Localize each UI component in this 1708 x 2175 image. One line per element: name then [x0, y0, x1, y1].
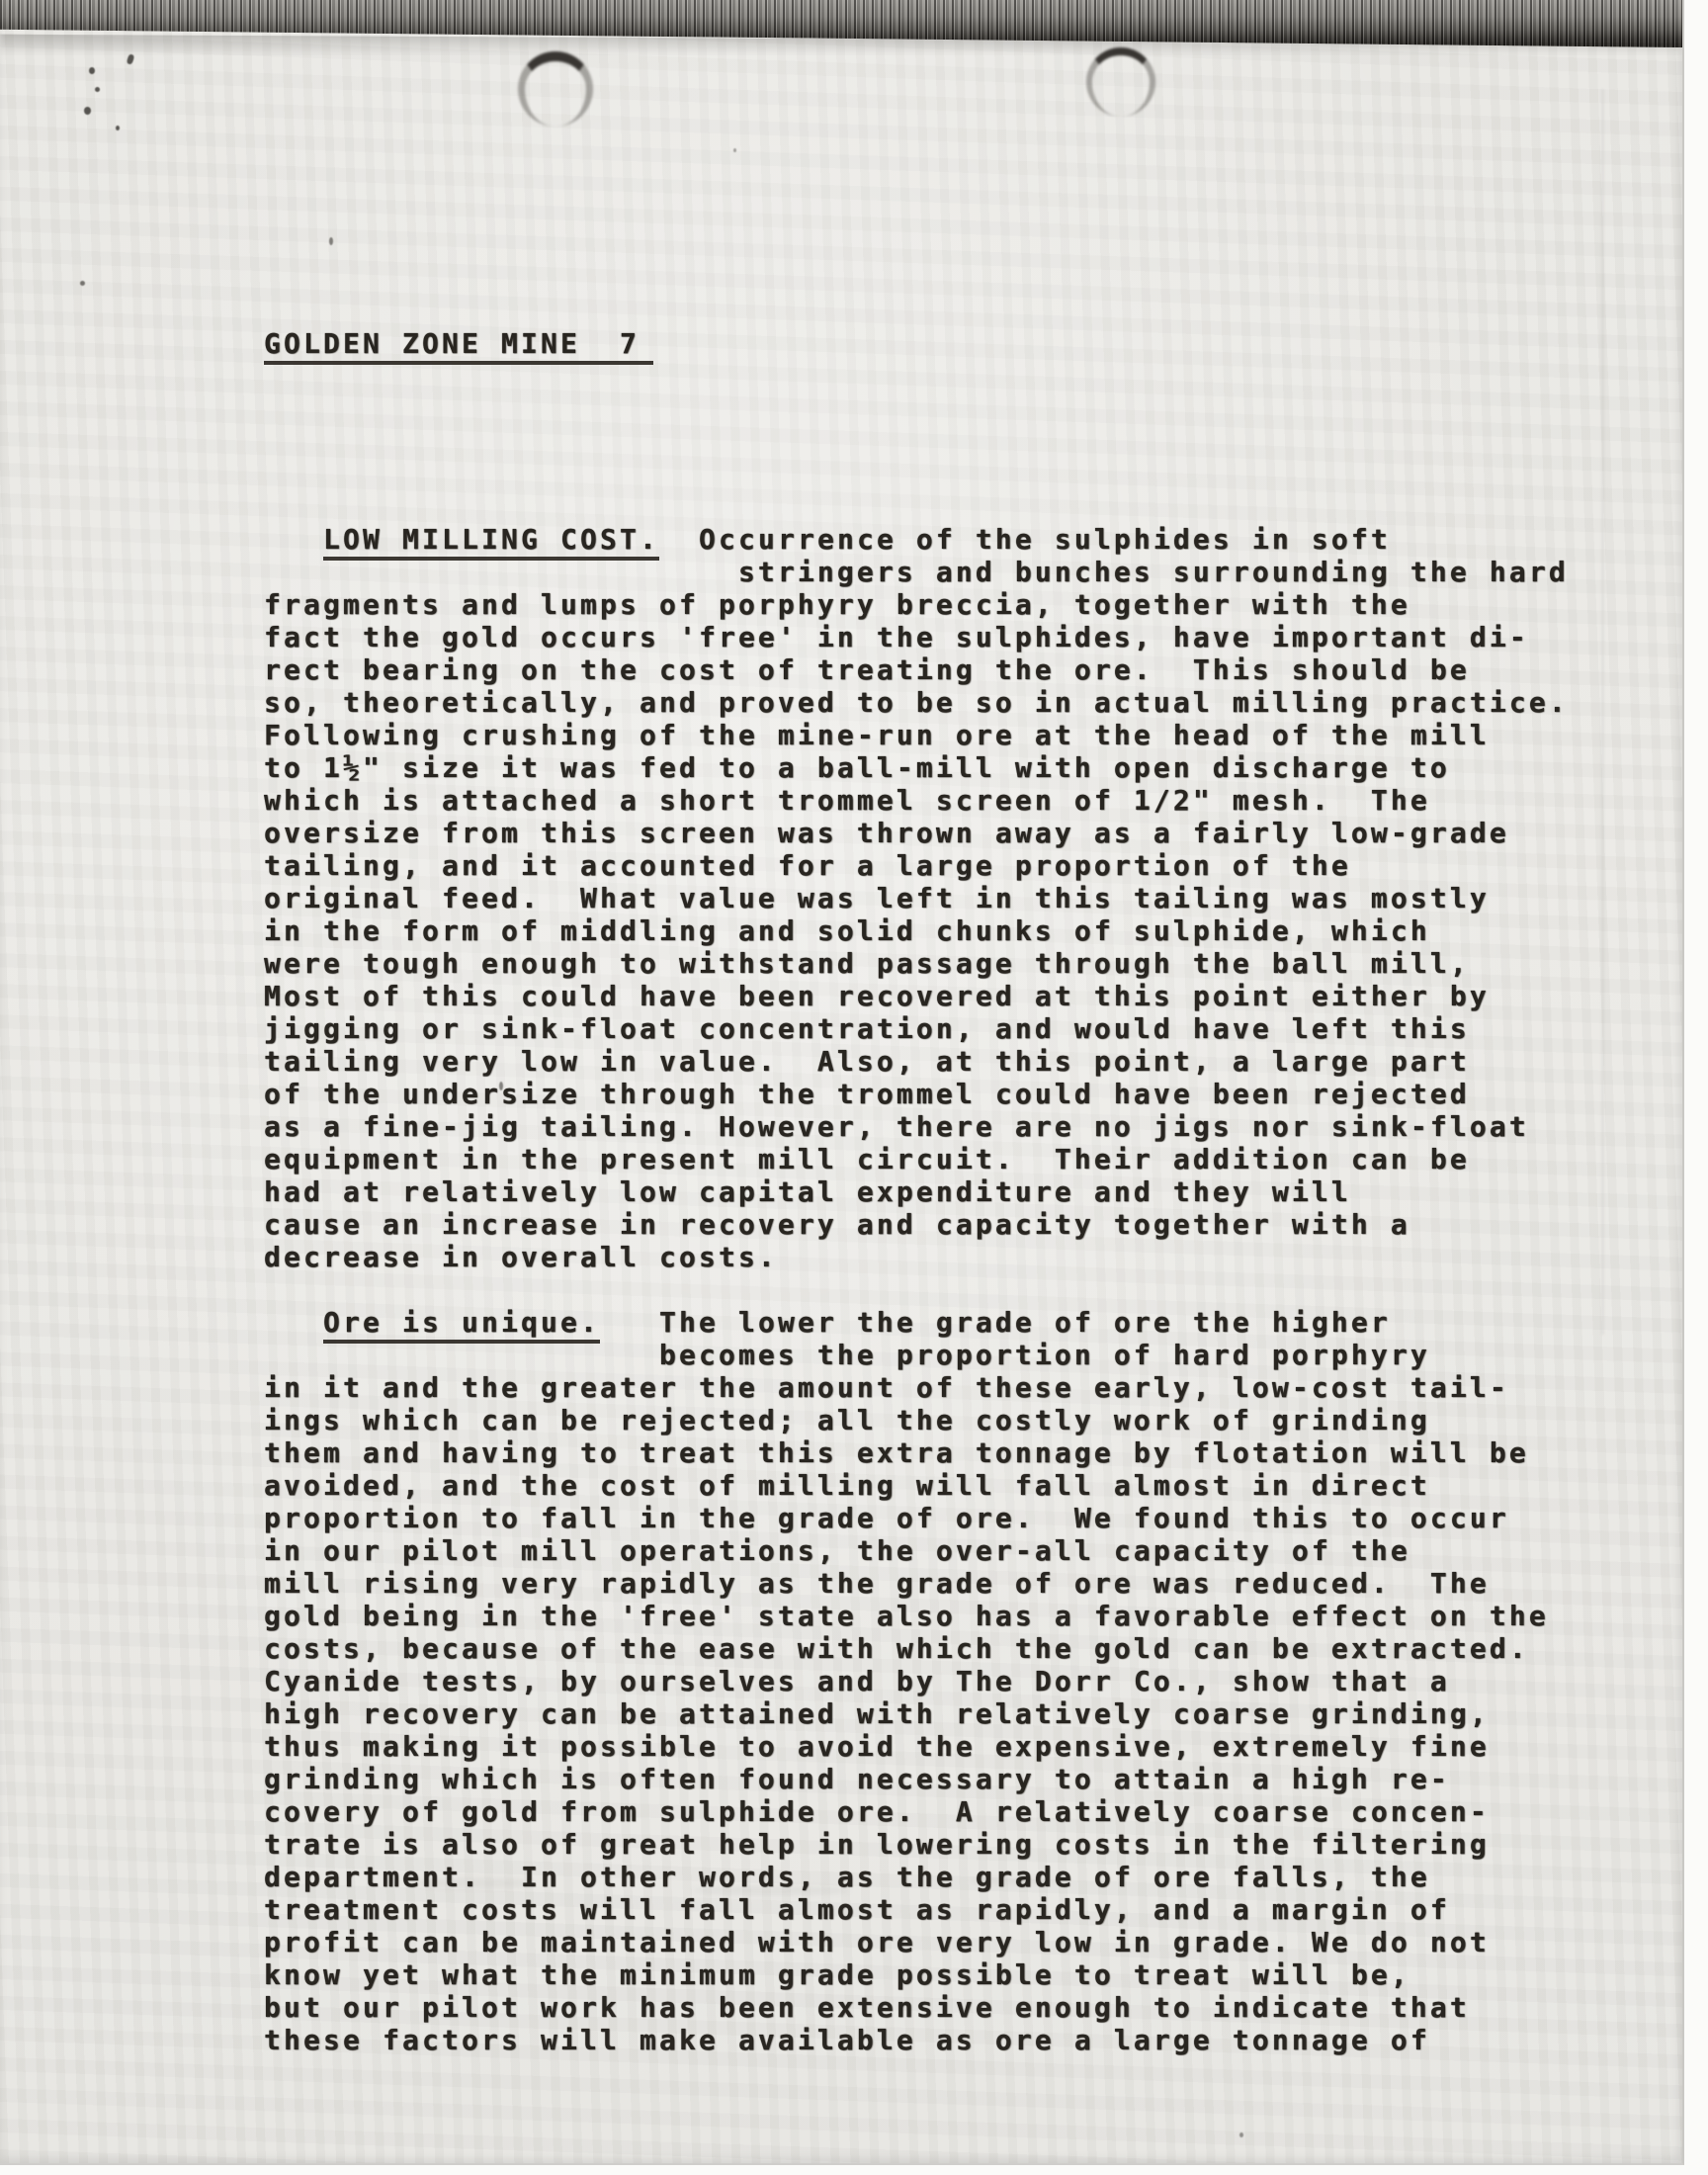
ink-speck — [116, 126, 120, 130]
text-line: costs, because of the ease with which th… — [264, 1632, 1569, 1665]
blank-line — [264, 425, 1569, 458]
text-line: which is attached a short trommel screen… — [264, 784, 1569, 817]
text-line: tailing, and it accounted for a large pr… — [264, 849, 1569, 882]
text-line: fact the gold occurs 'free' in the sulph… — [264, 621, 1569, 653]
text-line: Cyanide tests, by ourselves and by The D… — [264, 1665, 1569, 1697]
ink-speck — [733, 148, 736, 152]
text-line: original feed. What value was left in th… — [264, 882, 1569, 914]
ink-speck — [80, 281, 85, 286]
fastener-mark-left — [518, 51, 593, 127]
text-line: treatment costs will fall almost as rapi… — [264, 1893, 1569, 1926]
text-line: so, theoretically, and proved to be so i… — [264, 686, 1569, 719]
fastener-mark-right — [1086, 47, 1155, 117]
text-line: profit can be maintained with ore very l… — [264, 1926, 1569, 1958]
text-line: department. In other words, as the grade… — [264, 1861, 1569, 1893]
text-line: ings which can be rejected; all the cost… — [264, 1404, 1569, 1436]
text-line: these factors will make available as ore… — [264, 2024, 1569, 2056]
text-line: fragments and lumps of porphyry breccia,… — [264, 588, 1569, 621]
ink-speck — [329, 237, 333, 245]
text-line: proportion to fall in the grade of ore. … — [264, 1502, 1569, 1534]
scan-streak — [1601, 89, 1604, 1335]
text-line: mill rising very rapidly as the grade of… — [264, 1567, 1569, 1600]
text-line: but our pilot work has been extensive en… — [264, 1991, 1569, 2024]
paragraphs-container: LOW MILLING COST. Occurrence of the sulp… — [264, 523, 1569, 2056]
text-line: covery of gold from sulphide ore. A rela… — [264, 1795, 1569, 1828]
text-line: Most of this could have been recovered a… — [264, 980, 1569, 1012]
text-line: LOW MILLING COST. Occurrence of the sulp… — [264, 523, 1569, 556]
text-line: thus making it possible to avoid the exp… — [264, 1730, 1569, 1763]
text-line: trate is also of great help in lowering … — [264, 1828, 1569, 1861]
page-header-line: GOLDEN ZONE MINE 7 — [264, 327, 1569, 360]
typewritten-text: GOLDEN ZONE MINE 7 LOW MILLING COST. Occ… — [264, 262, 1569, 2122]
text-line: rect bearing on the cost of treating the… — [264, 653, 1569, 686]
text-line: know yet what the minimum grade possible… — [264, 1958, 1569, 1991]
text-line: stringers and bunches surrounding the ha… — [264, 556, 1569, 588]
ink-speck — [1239, 2132, 1243, 2137]
text-line: avoided, and the cost of milling will fa… — [264, 1469, 1569, 1502]
text-line: in our pilot mill operations, the over-a… — [264, 1534, 1569, 1567]
page-header: GOLDEN ZONE MINE 7 — [264, 327, 653, 365]
ink-speck — [84, 107, 91, 115]
text-line: high recovery can be attained with relat… — [264, 1697, 1569, 1730]
text-line: tailing very low in value. Also, at this… — [264, 1045, 1569, 1078]
text-line: were tough enough to withstand passage t… — [264, 947, 1569, 980]
paragraph: Ore is unique. The lower the grade of or… — [264, 1306, 1569, 2056]
paragraph: LOW MILLING COST. Occurrence of the sulp… — [264, 523, 1569, 1273]
text-line: jigging or sink-float concentration, and… — [264, 1012, 1569, 1045]
text-line: becomes the proportion of hard porphyry — [264, 1339, 1569, 1371]
text-line: equipment in the present mill circuit. T… — [264, 1143, 1569, 1175]
scanned-page: GOLDEN ZONE MINE 7 LOW MILLING COST. Occ… — [0, 0, 1684, 2165]
text-line: in it and the greater the amount of thes… — [264, 1371, 1569, 1404]
text-line: oversize from this screen was thrown awa… — [264, 817, 1569, 849]
text-line: as a fine-jig tailing. However, there ar… — [264, 1110, 1569, 1143]
ink-speck — [127, 53, 135, 64]
text-line: decrease in overall costs. — [264, 1241, 1569, 1273]
text-line: in the form of middling and solid chunks… — [264, 914, 1569, 947]
text-line: of the undersize through the trommel cou… — [264, 1078, 1569, 1110]
ink-speck — [95, 87, 100, 92]
text-line: them and having to treat this extra tonn… — [264, 1436, 1569, 1469]
text-line: had at relatively low capital expenditur… — [264, 1175, 1569, 1208]
text-line: cause an increase in recovery and capaci… — [264, 1208, 1569, 1241]
text-line: Ore is unique. The lower the grade of or… — [264, 1306, 1569, 1339]
ink-speck — [89, 67, 95, 74]
text-line: Following crushing of the mine-run ore a… — [264, 719, 1569, 751]
text-line: to 1½" size it was fed to a ball-mill wi… — [264, 751, 1569, 784]
text-line: grinding which is often found necessary … — [264, 1763, 1569, 1795]
blank-line — [264, 1273, 1569, 1306]
text-line: gold being in the 'free' state also has … — [264, 1600, 1569, 1632]
